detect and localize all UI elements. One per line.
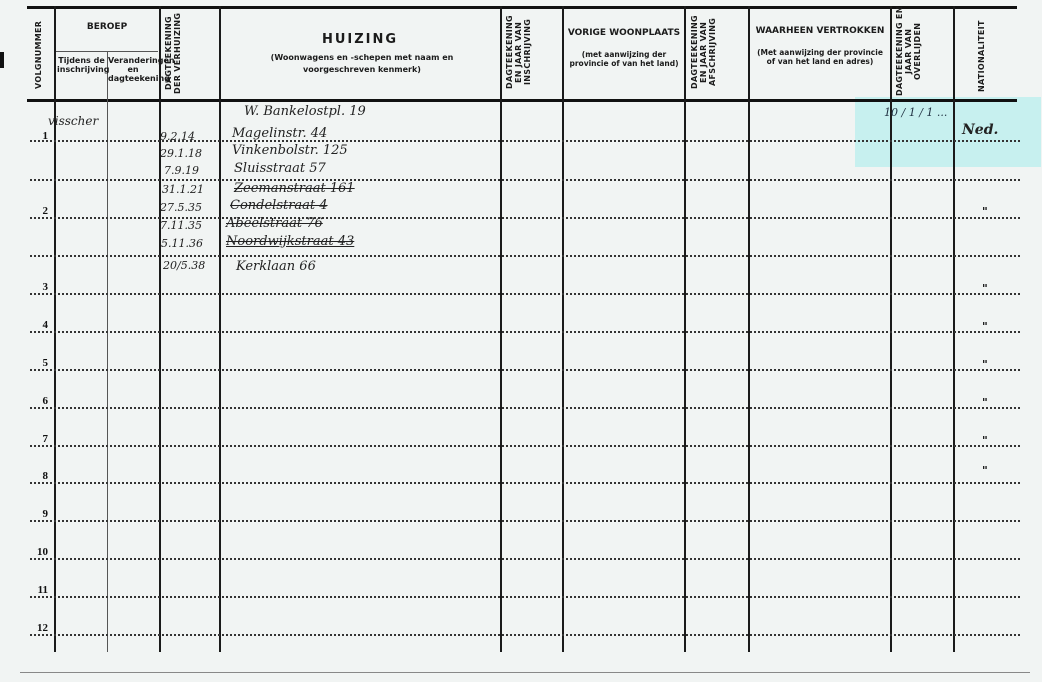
header-dagteekening-inschrijving: DAGTEEKENING EN JAAR VAN INSCHRIJVING (505, 8, 557, 96)
row-number: 5 (28, 357, 48, 369)
selection-highlight (855, 97, 1041, 167)
move-address-struck: Zeemanstraat 161 (234, 181, 355, 196)
row-line (30, 634, 1020, 636)
move-address: W. Bankelostpl. 19 (244, 104, 366, 119)
header-dagteekening-afschrijving: DAGTEEKENING EN JAAR VAN AFSCHRIJVING (690, 8, 742, 96)
nationaliteit-entry: Ned. (962, 122, 998, 138)
move-date: 31.1.21 (162, 183, 204, 196)
ditto-mark: " (982, 282, 988, 295)
col-divider (159, 6, 161, 652)
row-line (30, 520, 1020, 522)
col-divider (748, 6, 750, 652)
header-waarheen-sub: (Met aanwijzing der provincie of van het… (752, 48, 888, 66)
col-divider (890, 6, 892, 652)
col-divider (54, 6, 56, 652)
row-number: 6 (28, 395, 48, 407)
move-address-struck: Noordwijkstraat 43 (226, 234, 354, 249)
row-line (30, 293, 1020, 295)
header-waarheen: WAARHEEN VERTROKKEN (752, 26, 888, 36)
row-line (30, 331, 1020, 333)
move-date: 29.1.18 (160, 147, 202, 160)
ditto-mark: " (982, 434, 988, 447)
header-dagteekening-overlijden: DAGTEEKENING EN JAAR VAN OVERLIJDEN (895, 6, 949, 96)
header-rule (27, 99, 1017, 102)
row-number: 9 (28, 508, 48, 520)
move-date: 20/5.38 (163, 259, 205, 272)
header-beroep: BEROEP (56, 22, 158, 32)
register-card: VOLGNUMMER BEROEP Tijdens de inschrijvin… (0, 0, 1042, 682)
move-address: Magelinstr. 44 (232, 126, 327, 141)
col-divider (107, 52, 108, 652)
row-line (30, 407, 1020, 409)
header-nationaliteit: NATIONALITEIT (977, 20, 991, 92)
move-address: Sluisstraat 57 (234, 161, 326, 176)
row-number: 11 (28, 584, 48, 596)
row-line (30, 482, 1020, 484)
col-divider (684, 6, 686, 652)
ditto-mark: " (982, 320, 988, 333)
move-address: Kerklaan 66 (236, 259, 316, 274)
ditto-mark: " (982, 396, 988, 409)
row-number: 1 (28, 130, 48, 142)
col-divider (562, 6, 564, 652)
row-number: 4 (28, 319, 48, 331)
move-date: 7.11.35 (160, 219, 202, 232)
move-date: 9.2.14 (160, 130, 195, 143)
ditto-mark: " (982, 205, 988, 218)
card-bottom-edge (20, 672, 1030, 673)
move-address-struck: Abeelstraat 76 (226, 216, 323, 231)
ditto-mark: " (982, 464, 988, 477)
header-vorige-woonplaats: VORIGE WOONPLAATS (566, 28, 682, 38)
header-volgnummer: VOLGNUMMER (34, 14, 48, 96)
row-line (30, 255, 1020, 257)
header-dagteekening-verhuizing: DAGTEEKENING DER VERHUIZING (164, 10, 214, 96)
row-line (30, 558, 1020, 560)
header-huizing-sub: (Woonwagens en -schepen met naam en voor… (262, 52, 462, 76)
row-line (30, 179, 1020, 181)
col-divider (219, 6, 221, 652)
header-huizing: HUIZING (222, 32, 498, 47)
move-address-struck: Condelstraat 4 (230, 198, 328, 213)
beroep-entry: visscher (48, 114, 98, 128)
row-number: 7 (28, 433, 48, 445)
row-line (30, 596, 1020, 598)
row-number: 12 (28, 622, 48, 634)
header-beroep-veranderingen: Veranderingen en dagteekening (108, 56, 158, 83)
row-number: 3 (28, 281, 48, 293)
move-date: 5.11.36 (161, 237, 203, 250)
header-vorige-sub: (met aanwijzing der provincie of van het… (566, 50, 682, 68)
row-number: 2 (28, 205, 48, 217)
overlijden-entry: 10 / 1 / 1 ... (884, 106, 947, 119)
move-date: 27.5.35 (160, 201, 202, 214)
col-divider (500, 6, 502, 652)
punch-mark (0, 52, 4, 68)
row-number: 8 (28, 470, 48, 482)
ditto-mark: " (982, 358, 988, 371)
move-date: 7.9.19 (164, 164, 199, 177)
header-beroep-tijdens: Tijdens de inschrijving (57, 56, 106, 74)
move-address: Vinkenbolstr. 125 (232, 143, 348, 158)
row-number: 10 (28, 546, 48, 558)
row-line (30, 369, 1020, 371)
col-divider (953, 6, 955, 652)
row-line (30, 445, 1020, 447)
